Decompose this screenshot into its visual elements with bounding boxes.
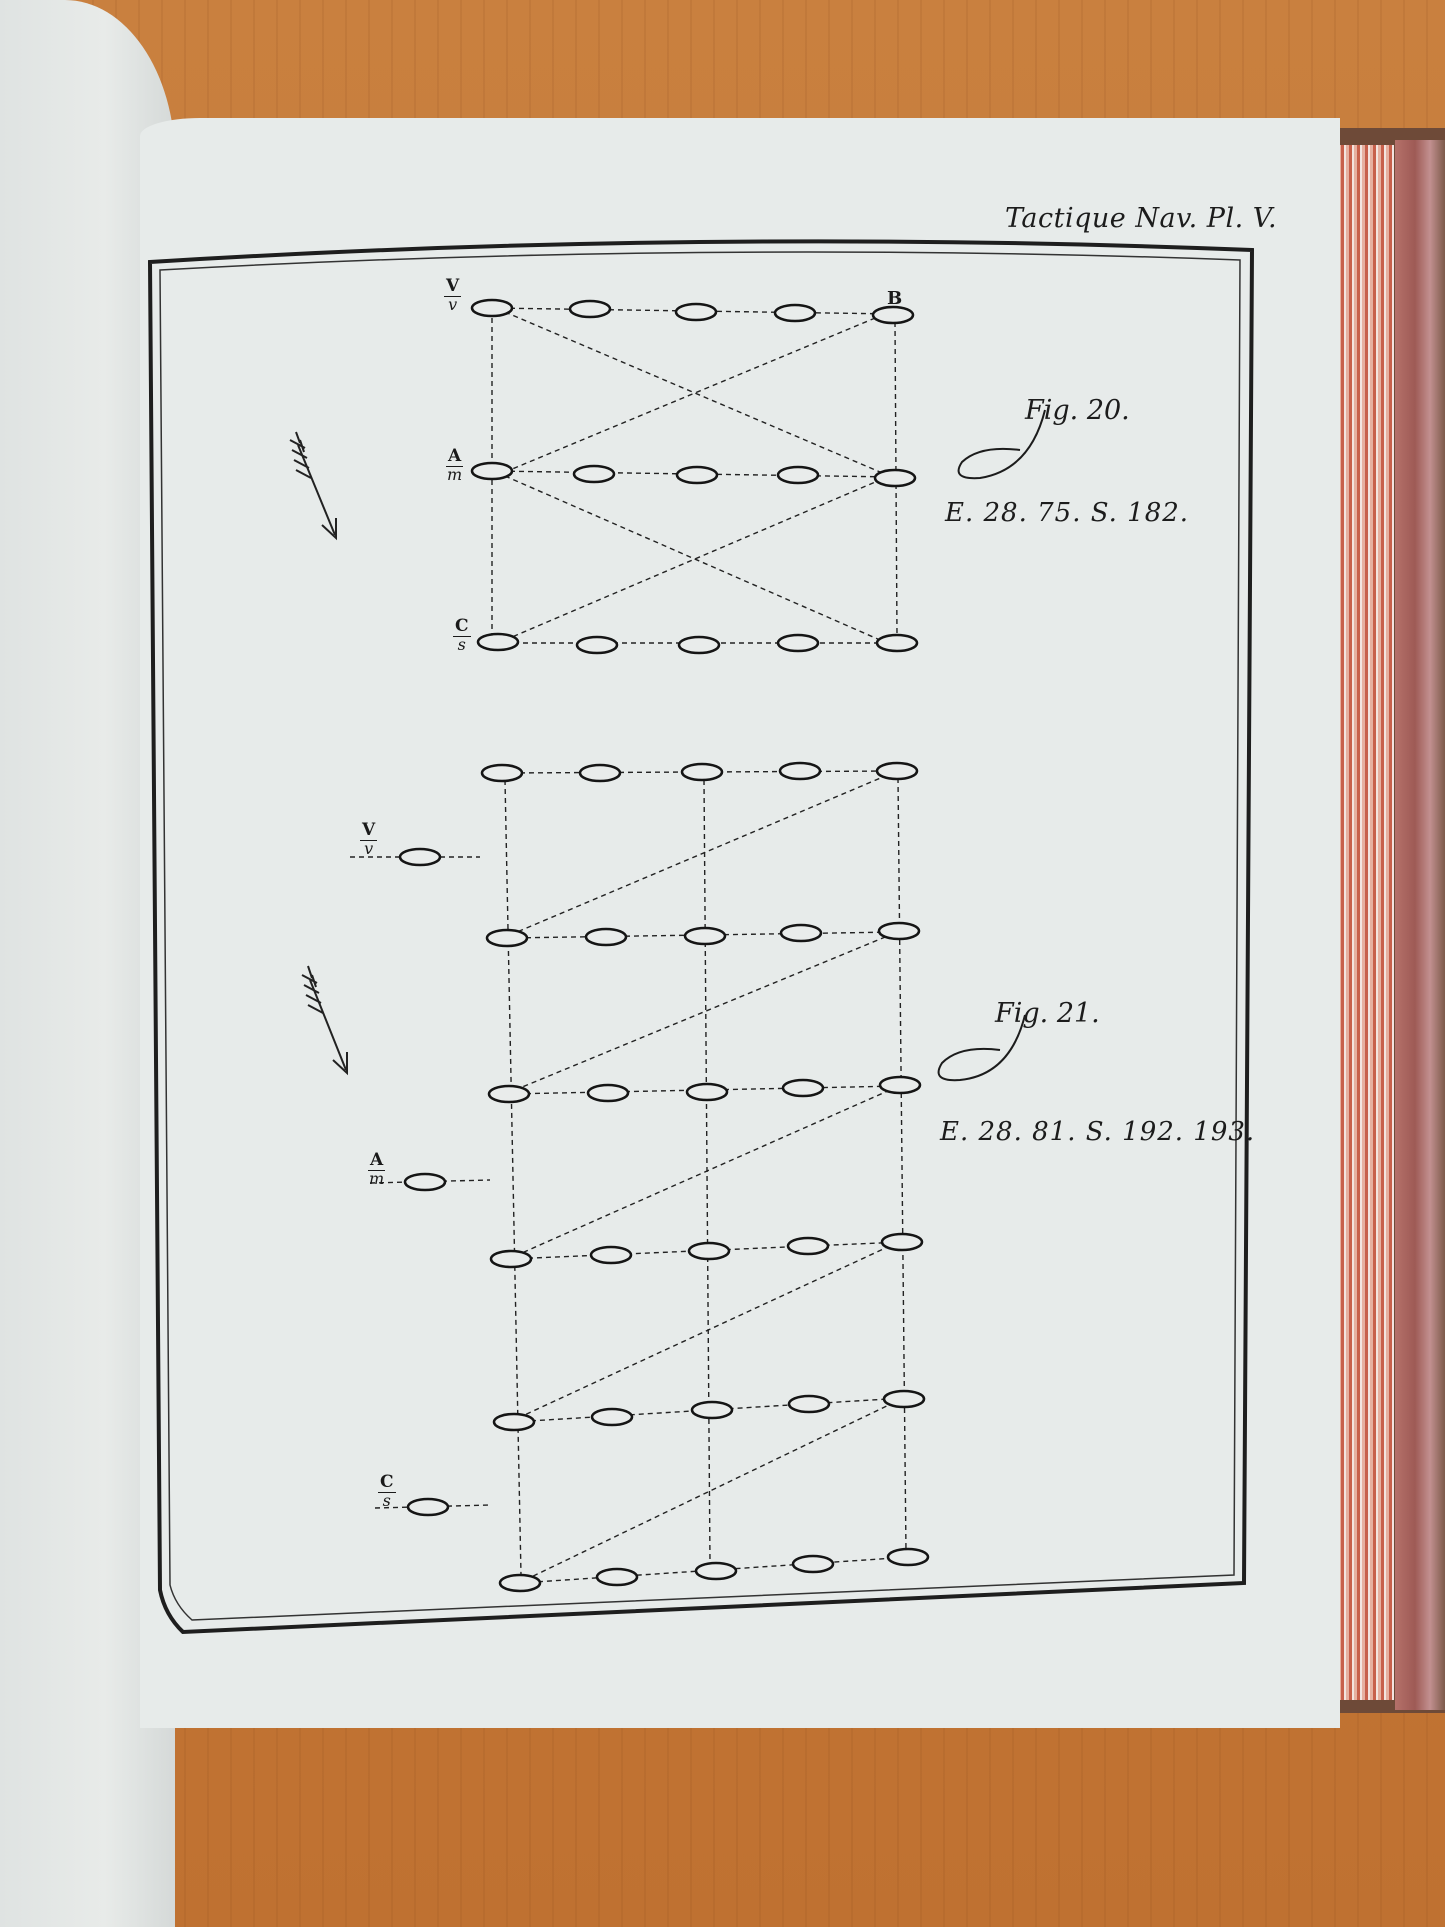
fig20-label-a: A m	[446, 448, 463, 483]
fig20-label-b: B	[887, 288, 902, 309]
fig21-label-v: V v	[360, 822, 377, 857]
fig21-ships	[400, 763, 928, 1591]
plate-title: Tactique Nav. Pl. V.	[1005, 203, 1277, 234]
plate-engraving	[0, 0, 1445, 1927]
wind-arrow-icon	[290, 432, 336, 538]
fig21-label: Fig. 21.	[995, 998, 1100, 1029]
fig20-reference: E. 28. 75. S. 182.	[945, 498, 1189, 528]
fig21-label-c: C s	[378, 1474, 396, 1509]
fig21-label-a: A m	[368, 1152, 385, 1187]
fig20-ships	[472, 300, 917, 653]
fig20-label-c: C s	[453, 618, 471, 653]
fig20-label-v: V v	[444, 278, 461, 313]
fig20-label: Fig. 20.	[1025, 395, 1130, 426]
fig21-reference: E. 28. 81. S. 192. 193.	[940, 1117, 1255, 1147]
wind-arrow-icon	[302, 966, 347, 1073]
